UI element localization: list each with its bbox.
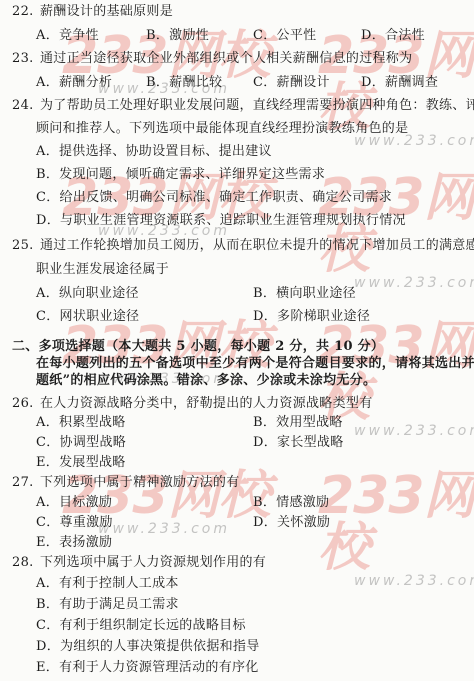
option-a: A．积累型战略 [36,415,126,431]
option-b: B．有助于满足员工需求 [36,597,179,613]
option-e: E．发展型战略 [36,455,126,471]
question-stem: 下列选项中属于精神激励方法的有 [40,475,240,490]
option-a: A．纵向职业途径 [36,286,139,302]
option-b: B．发现问题，倾听确定需求、详细界定这些需求 [36,167,325,183]
option-a: A．提供选择、协助设置目标、提出建议 [36,144,272,160]
option-b: B．效用型战略 [253,415,343,431]
question-number: 22. [12,4,40,20]
question-25: 25.通过工作轮换增加员工阅历，从而在职位未提升的情况下增加员工的满意感。这种 [12,238,474,254]
question-stem: 为了帮助员工处理好职业发展问题，直线经理需要扮演四种角色：教练、评估者、 [40,98,474,113]
option-d: D．关怀激励 [253,515,330,531]
option-e: E．表扬激励 [36,535,112,551]
question-number: 24. [12,98,40,114]
question-number: 23. [12,51,40,67]
question-stem: 通过工作轮换增加员工阅历，从而在职位未提升的情况下增加员工的满意感。这种 [40,238,474,253]
option-b: B．情感激励 [253,495,329,511]
section-instructions: 在每小题列出的五个备选项中至少有两个是符合题目要求的，请将其选出并将“答 [36,356,474,372]
option-d: D．与职业生涯管理资源联系、追踪职业生涯管理规划执行情况 [36,213,406,229]
question-stem-cont: 职业生涯发展途径属于 [36,262,169,278]
question-stem: 通过正当途径获取企业外部组织或个人相关薪酬信息的过程称为 [40,51,412,66]
question-number: 26. [12,396,40,412]
question-stem: 在人力资源战略分类中，舒勒提出的人力资源战略类型有 [40,396,373,411]
question-stem: 薪酬设计的基础原则是 [40,4,173,19]
question-stem: 下列选项中属于人力资源规划作用的有 [40,555,266,570]
question-23: 23.通过正当途径获取企业外部组织或个人相关薪酬信息的过程称为 [12,51,412,67]
question-stem-cont: 顾问和推荐人。下列选项中最能体现直线经理扮演教练角色的是 [36,121,408,137]
option-c: C．尊重激励 [36,515,113,531]
option-d: D．薪酬调查 [361,75,438,91]
question-number: 25. [12,238,40,254]
option-e: E．有利于人力资源管理活动的有序化 [36,660,259,676]
option-d: D．家长型战略 [253,435,344,451]
option-a: A．有利于控制人工成本 [36,576,179,592]
section-instructions-cont: 题纸”的相应代码涂黑。错涂、多涂、少涂或未涂均无分。 [36,373,376,389]
option-a: A．薪酬分析 [36,75,112,91]
option-d: D．为组织的人事决策提供依据和指导 [36,639,260,655]
option-b: B．薪酬比较 [146,75,222,91]
question-22: 22.薪酬设计的基础原则是 [12,4,173,20]
option-c: C．公平性 [253,28,316,44]
option-a: A．目标激励 [36,495,112,511]
option-d: D．多阶梯职业途径 [253,309,370,325]
exam-content: 22.薪酬设计的基础原则是 A．竞争性 B．激励性 C．公平性 D．合法性 23… [0,0,474,681]
option-a: A．竞争性 [36,28,99,44]
section-title: 二、多项选择题（本大题共 5 小题，每小题 2 分，共 10 分） [12,339,384,355]
option-c: C．薪酬设计 [253,75,330,91]
question-number: 28. [12,555,40,571]
question-26: 26.在人力资源战略分类中，舒勒提出的人力资源战略类型有 [12,396,373,412]
option-b: B．横向职业途径 [253,286,356,302]
option-d: D．合法性 [361,28,425,44]
option-c: C．有利于组织制定长远的战略目标 [36,618,246,634]
option-c: C．协调型战略 [36,435,126,451]
option-c: C．给出反馈、明确公司标准、确定工作职责、确定公司需求 [36,190,392,206]
question-24: 24.为了帮助员工处理好职业发展问题，直线经理需要扮演四种角色：教练、评估者、 [12,98,474,114]
option-b: B．激励性 [146,28,209,44]
question-number: 27. [12,475,40,491]
question-28: 28.下列选项中属于人力资源规划作用的有 [12,555,266,571]
question-27: 27.下列选项中属于精神激励方法的有 [12,475,240,491]
exam-page: 233网校 www.233.com 233网校 www.233.com 233网… [0,0,474,681]
option-c: C．网状职业途径 [36,309,139,325]
